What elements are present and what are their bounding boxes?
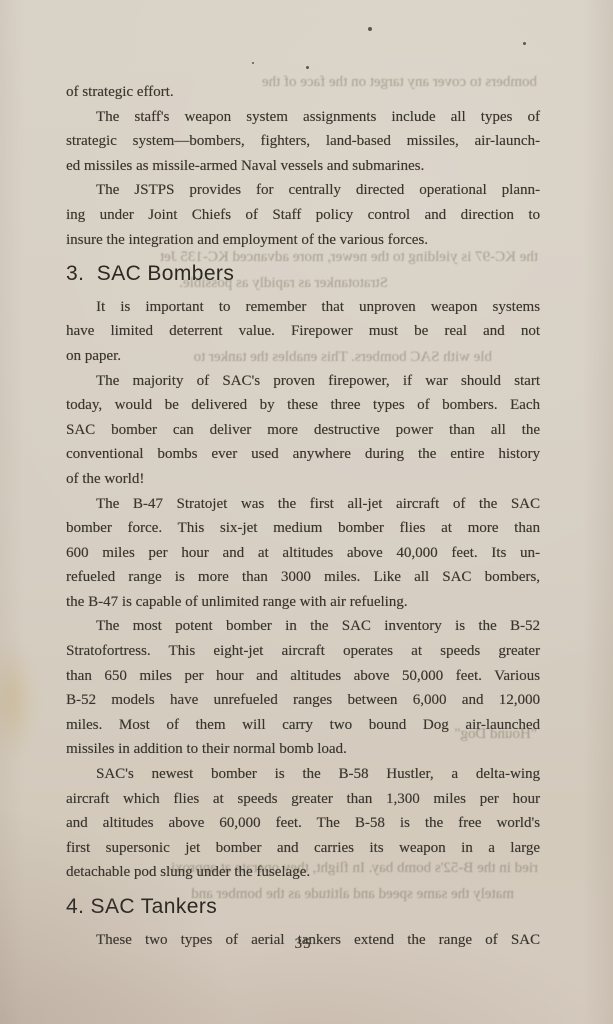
text-line: ed missiles as missile-armed Naval vesse…: [66, 154, 540, 179]
text-line: of the world!: [66, 467, 540, 492]
text-line: insure the integration and employment of…: [66, 228, 540, 253]
page-body: of strategic effort.The staff's weapon s…: [66, 80, 540, 952]
text-line: and altitudes above 60,000 feet. The B-5…: [66, 811, 540, 836]
text-line: SAC's newest bomber is the B-58 Hustler,…: [66, 762, 540, 787]
ink-speck: [306, 66, 309, 69]
text-line: strategic system—bombers, fighters, land…: [66, 129, 540, 154]
text-line: The B-47 Stratojet was the first all-jet…: [66, 492, 540, 517]
ink-speck: [252, 62, 254, 64]
text-line: The most potent bomber in the SAC invent…: [66, 614, 540, 639]
ink-speck: [523, 42, 526, 45]
text-line: have limited deterrent value. Firepower …: [66, 319, 540, 344]
text-line: It is important to remember that unprove…: [66, 295, 540, 320]
page-number: 35: [66, 936, 540, 953]
text-line: The staff's weapon system assignments in…: [66, 105, 540, 130]
ink-speck: [368, 27, 372, 31]
scanned-page: bombers to cover any target on the face …: [0, 0, 613, 1024]
text-line: refueled range is more than 3000 miles. …: [66, 565, 540, 590]
text-line: 600 miles per hour and at altitudes abov…: [66, 541, 540, 566]
text-line: than 650 miles per hour and altitudes ab…: [66, 664, 540, 689]
text-line: first supersonic jet bomber and carries …: [66, 836, 540, 861]
text-line: today, would be delivered by these three…: [66, 393, 540, 418]
text-line: B-52 models have unrefueled ranges betwe…: [66, 688, 540, 713]
paper-stain: [0, 640, 38, 760]
text-line: missiles in addition to their normal bom…: [66, 737, 540, 762]
text-line: aircraft which flies at speeds greater t…: [66, 787, 540, 812]
text-line: miles. Most of them will carry two bound…: [66, 713, 540, 738]
text-line: conventional bombs ever used anywhere du…: [66, 442, 540, 467]
text-line: detachable pod slung under the fuselage.: [66, 860, 540, 885]
section-heading: 4. SAC Tankers: [66, 895, 540, 920]
text-line: The majority of SAC's proven firepower, …: [66, 369, 540, 394]
text-line: on paper.: [66, 344, 540, 369]
text-line: of strategic effort.: [66, 80, 540, 105]
text-line: ing under Joint Chiefs of Staff policy c…: [66, 203, 540, 228]
text-line: The JSTPS provides for centrally directe…: [66, 178, 540, 203]
section-heading: 3. SAC Bombers: [66, 262, 540, 287]
text-line: Stratofortress. This eight-jet aircraft …: [66, 639, 540, 664]
text-line: bomber force. This six-jet medium bomber…: [66, 516, 540, 541]
text-line: the B-47 is capable of unlimited range w…: [66, 590, 540, 615]
text-line: SAC bomber can deliver more destructive …: [66, 418, 540, 443]
